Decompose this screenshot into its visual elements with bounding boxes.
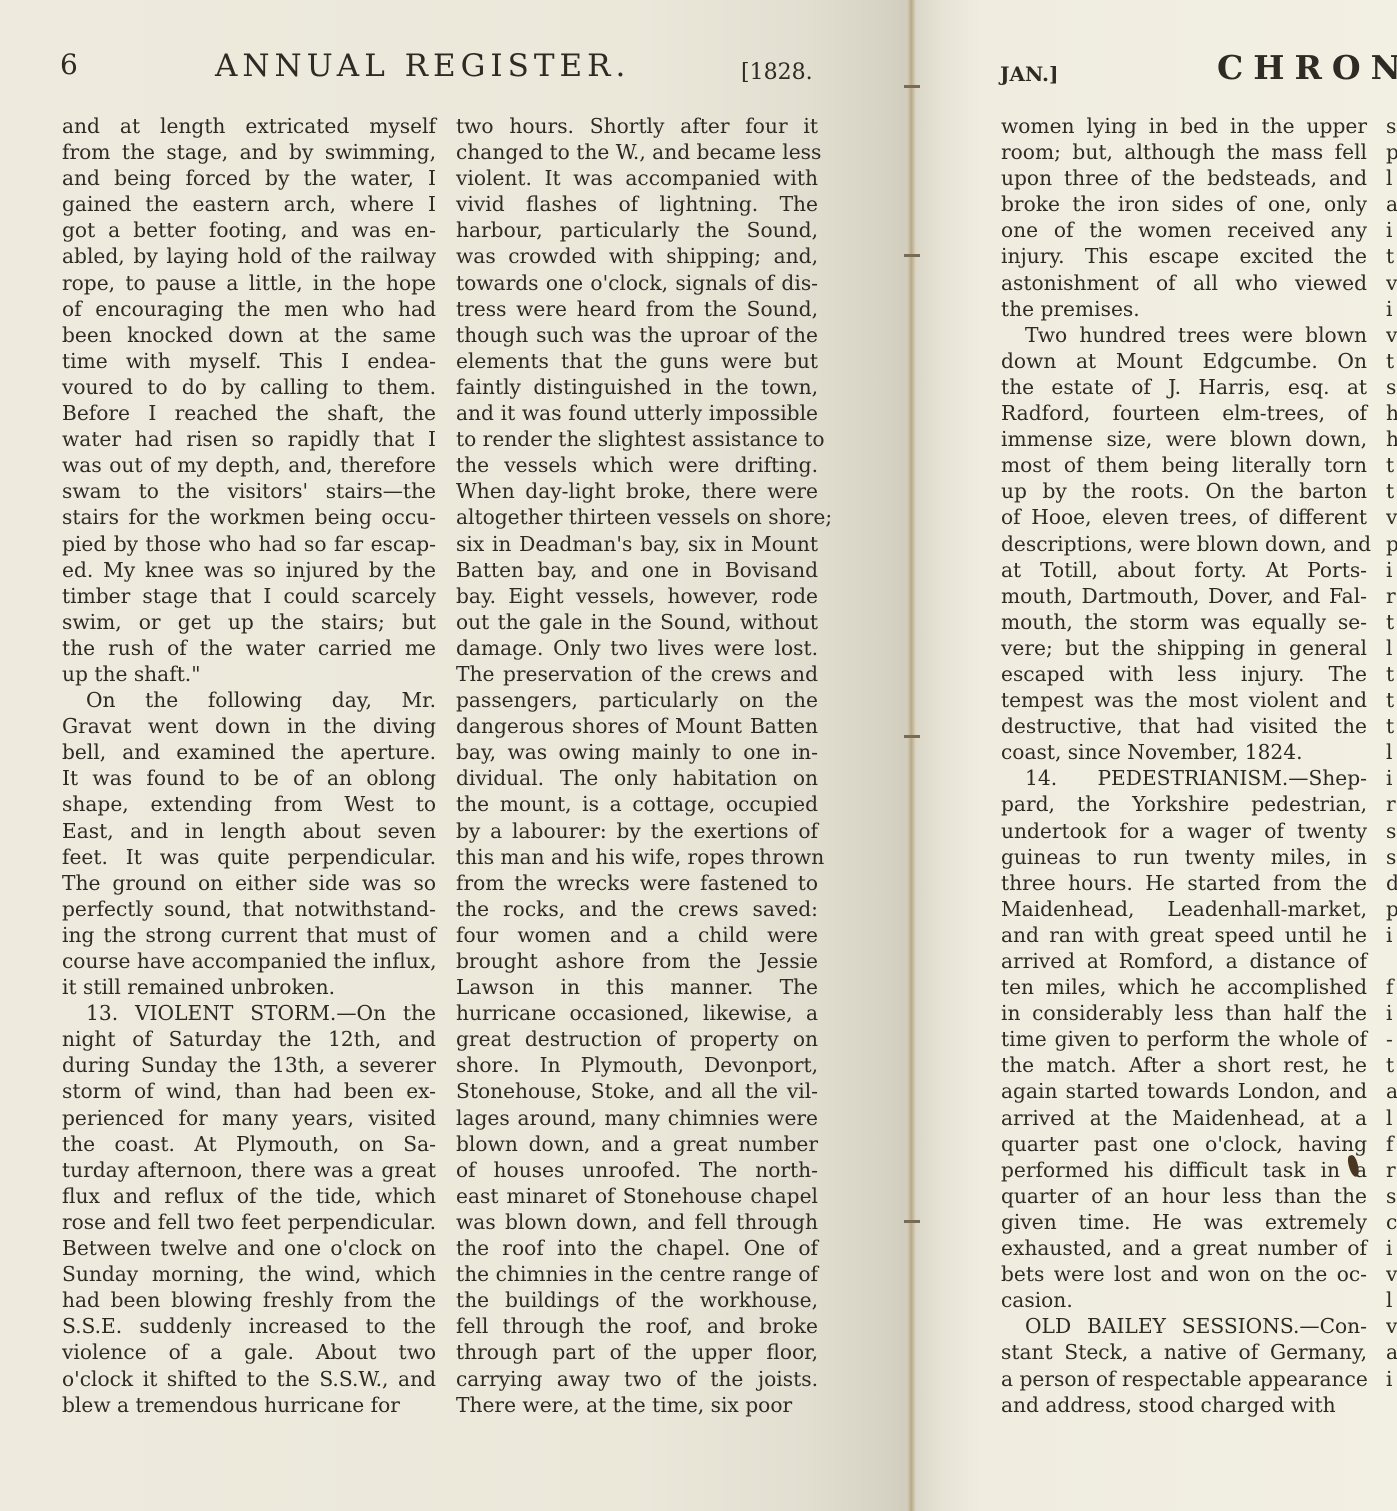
- cut-letter: r: [1386, 1157, 1397, 1183]
- text-line: of encouraging the men who had: [62, 296, 436, 322]
- running-title-left: ANNUAL REGISTER.: [215, 48, 630, 84]
- cut-letter: h: [1386, 400, 1397, 426]
- text-line: it still remained unbroken.: [62, 974, 436, 1000]
- right-column-2-cut: splaitvivtshhttvpirtltttlirssdpifi-talfr…: [1386, 113, 1397, 1418]
- text-line: the mount, is a cottage, occupied: [456, 791, 818, 817]
- text-line: time with myself. This I endea-: [62, 348, 436, 374]
- text-line: injury. This escape excited the: [1001, 243, 1367, 269]
- cut-letter: l: [1386, 1287, 1397, 1313]
- text-line: S.S.E. suddenly increased to the: [62, 1313, 436, 1339]
- text-line: time given to perform the whole of: [1001, 1026, 1367, 1052]
- text-line: passengers, particularly on the: [456, 687, 818, 713]
- cut-letter: c: [1386, 1209, 1397, 1235]
- text-line: There were, at the time, six poor: [456, 1392, 818, 1418]
- text-line: elements that the guns were but: [456, 348, 818, 374]
- text-line: and address, stood charged with: [1001, 1392, 1367, 1418]
- text-line: up the shaft.": [62, 661, 436, 687]
- text-line: vivid flashes of lightning. The: [456, 191, 818, 217]
- text-line: Sunday morning, the wind, which: [62, 1261, 436, 1287]
- cut-letter: t: [1386, 348, 1397, 374]
- text-line: by a labourer: by the exertions of: [456, 818, 818, 844]
- text-line: stant Steck, a native of Germany,: [1001, 1339, 1367, 1365]
- text-line: most of them being literally torn: [1001, 452, 1367, 478]
- text-line: one of the women received any: [1001, 217, 1367, 243]
- text-line: night of Saturday the 12th, and: [62, 1026, 436, 1052]
- cut-letter: i: [1386, 296, 1397, 322]
- text-line: mouth, the storm was equally se-: [1001, 609, 1367, 635]
- text-line: the estate of J. Harris, esq. at: [1001, 374, 1367, 400]
- cut-letter: v: [1386, 504, 1397, 530]
- cut-letter: i: [1386, 922, 1397, 948]
- text-line: to render the slightest assistance to: [456, 426, 818, 452]
- text-line: course have accompanied the influx,: [62, 948, 436, 974]
- text-line: been knocked down at the same: [62, 322, 436, 348]
- text-line: given time. He was extremely: [1001, 1209, 1367, 1235]
- binding-stitch: [904, 254, 920, 257]
- text-line: escaped with less injury. The: [1001, 661, 1367, 687]
- text-line: bets were lost and won on the oc-: [1001, 1261, 1367, 1287]
- text-line: a person of respectable appearance: [1001, 1366, 1367, 1392]
- text-line: the rush of the water carried me: [62, 635, 436, 661]
- text-line: arrived at the Maidenhead, at a: [1001, 1105, 1367, 1131]
- text-line: casion.: [1001, 1287, 1367, 1313]
- text-line: Lawson in this manner. The: [456, 974, 818, 1000]
- text-line: lages around, many chimnies were: [456, 1105, 818, 1131]
- text-line: guineas to run twenty miles, in: [1001, 844, 1367, 870]
- text-line: the buildings of the workhouse,: [456, 1287, 818, 1313]
- text-line: quarter past one o'clock, having: [1001, 1131, 1367, 1157]
- year-label: [1828.: [741, 60, 813, 85]
- cut-letter: r: [1386, 583, 1397, 609]
- text-line: out the gale in the Sound, without: [456, 609, 818, 635]
- text-line: blown down, and a great number: [456, 1131, 818, 1157]
- text-line: gained the eastern arch, where I: [62, 191, 436, 217]
- cut-letter: s: [1386, 1183, 1397, 1209]
- text-line: descriptions, were blown down, and: [1001, 531, 1367, 557]
- text-line: swam to the visitors' stairs—the: [62, 478, 436, 504]
- text-line: voured to do by calling to them.: [62, 374, 436, 400]
- binding-stitch: [904, 1220, 920, 1223]
- page-number: 6: [60, 48, 78, 81]
- text-line: and being forced by the water, I: [62, 165, 436, 191]
- cut-letter: p: [1386, 139, 1397, 165]
- text-line: of houses unroofed. The north-: [456, 1157, 818, 1183]
- cut-letter: p: [1386, 896, 1397, 922]
- text-line: tempest was the most violent and: [1001, 687, 1367, 713]
- text-line: violence of a gale. About two: [62, 1339, 436, 1365]
- text-line: o'clock it shifted to the S.S.W., and: [62, 1366, 436, 1392]
- cut-letter: p: [1386, 531, 1397, 557]
- text-line: was out of my depth, and, therefore: [62, 452, 436, 478]
- text-line: Radford, fourteen elm-trees, of: [1001, 400, 1367, 426]
- cut-letter: s: [1386, 374, 1397, 400]
- text-line: Maidenhead, Leadenhall-market,: [1001, 896, 1367, 922]
- text-line: during Sunday the 13th, a severer: [62, 1052, 436, 1078]
- text-line: was blown down, and fell through: [456, 1209, 818, 1235]
- cut-letter: l: [1386, 635, 1397, 661]
- cut-letter: l: [1386, 165, 1397, 191]
- text-line: had been blowing freshly from the: [62, 1287, 436, 1313]
- text-line: destructive, that had visited the: [1001, 713, 1367, 739]
- text-line: at Totill, about forty. At Ports-: [1001, 557, 1367, 583]
- text-line: four women and a child were: [456, 922, 818, 948]
- cut-letter: l: [1386, 1105, 1397, 1131]
- cut-letter: v: [1386, 1313, 1397, 1339]
- text-line: coast, since November, 1824.: [1001, 739, 1367, 765]
- text-line: faintly distinguished in the town,: [456, 374, 818, 400]
- text-line: abled, by laying hold of the railway: [62, 243, 436, 269]
- text-line: On the following day, Mr.: [62, 687, 436, 713]
- right-column-1: women lying in bed in the upperroom; but…: [1001, 113, 1367, 1418]
- text-line: performed his difficult task in a: [1001, 1157, 1367, 1183]
- text-line: was crowded with shipping; and,: [456, 243, 818, 269]
- text-line: the coast. At Plymouth, on Sa-: [62, 1131, 436, 1157]
- text-line: east minaret of Stonehouse chapel: [456, 1183, 818, 1209]
- cut-letter: a: [1386, 1078, 1397, 1104]
- text-line: the chimnies in the centre range of: [456, 1261, 818, 1287]
- text-line: When day-light broke, there were: [456, 478, 818, 504]
- cut-letter: -: [1386, 1026, 1397, 1052]
- text-line: violent. It was accompanied with: [456, 165, 818, 191]
- text-line: ing the strong current that must of: [62, 922, 436, 948]
- text-line: turday afternoon, there was a great: [62, 1157, 436, 1183]
- cut-letter: s: [1386, 113, 1397, 139]
- text-line: perfectly sound, that notwithstand-: [62, 896, 436, 922]
- text-line: rope, to pause a little, in the hope: [62, 270, 436, 296]
- left-column-1: and at length extricated myselffrom the …: [62, 113, 436, 1418]
- text-line: and ran with great speed until he: [1001, 922, 1367, 948]
- text-line: water had risen so rapidly that I: [62, 426, 436, 452]
- text-line: the roof into the chapel. One of: [456, 1235, 818, 1261]
- text-line: two hours. Shortly after four it: [456, 113, 818, 139]
- text-line: in considerably less than half the: [1001, 1000, 1367, 1026]
- text-line: and it was found utterly impossible: [456, 400, 818, 426]
- cut-letter: a: [1386, 191, 1397, 217]
- text-line: Between twelve and one o'clock on: [62, 1235, 436, 1261]
- text-line: three hours. He started from the: [1001, 870, 1367, 896]
- text-line: towards one o'clock, signals of dis-: [456, 270, 818, 296]
- text-line: ten miles, which he accomplished: [1001, 974, 1367, 1000]
- text-line: arrived at Romford, a distance of: [1001, 948, 1367, 974]
- text-line: brought ashore from the Jessie: [456, 948, 818, 974]
- text-line: blew a tremendous hurricane for: [62, 1392, 436, 1418]
- text-line: perienced for many years, visited: [62, 1105, 436, 1131]
- text-line: mouth, Dartmouth, Dover, and Fal-: [1001, 583, 1367, 609]
- text-line: damage. Only two lives were lost.: [456, 635, 818, 661]
- cut-letter: v: [1386, 270, 1397, 296]
- text-line: changed to the W., and became less: [456, 139, 818, 165]
- text-line: six in Deadman's bay, six in Mount: [456, 531, 818, 557]
- text-line: though such was the uproar of the: [456, 322, 818, 348]
- cut-letter: t: [1386, 478, 1397, 504]
- cut-letter: t: [1386, 713, 1397, 739]
- text-line: great destruction of property on: [456, 1026, 818, 1052]
- cut-letter: [1386, 1392, 1397, 1418]
- text-line: pard, the Yorkshire pedestrian,: [1001, 791, 1367, 817]
- text-line: OLD BAILEY SESSIONS.—Con-: [1001, 1313, 1367, 1339]
- cut-letter: [1386, 948, 1397, 974]
- text-line: carrying away two of the joists.: [456, 1366, 818, 1392]
- text-line: hurricane occasioned, likewise, a: [456, 1000, 818, 1026]
- text-line: flux and reflux of the tide, which: [62, 1183, 436, 1209]
- cut-letter: f: [1386, 974, 1397, 1000]
- text-line: Before I reached the shaft, the: [62, 400, 436, 426]
- text-line: from the stage, and by swimming,: [62, 139, 436, 165]
- text-line: dangerous shores of Mount Batten: [456, 713, 818, 739]
- text-line: this man and his wife, ropes thrown: [456, 844, 818, 870]
- text-line: exhausted, and a great number of: [1001, 1235, 1367, 1261]
- cut-letter: s: [1386, 844, 1397, 870]
- text-line: dividual. The only habitation on: [456, 765, 818, 791]
- text-line: and at length extricated myself: [62, 113, 436, 139]
- cut-letter: v: [1386, 322, 1397, 348]
- book-gutter: [908, 0, 916, 1511]
- text-line: Gravat went down in the diving: [62, 713, 436, 739]
- text-line: 14. PEDESTRIANISM.—Shep-: [1001, 765, 1367, 791]
- cut-letter: f: [1386, 1131, 1397, 1157]
- text-line: women lying in bed in the upper: [1001, 113, 1367, 139]
- text-line: vere; but the shipping in general: [1001, 635, 1367, 661]
- text-line: storm of wind, than had been ex-: [62, 1078, 436, 1104]
- text-line: shore. In Plymouth, Devonport,: [456, 1052, 818, 1078]
- cut-letter: v: [1386, 1261, 1397, 1287]
- cut-letter: t: [1386, 609, 1397, 635]
- text-line: bell, and examined the aperture.: [62, 739, 436, 765]
- text-line: Stonehouse, Stoke, and all the vil-: [456, 1078, 818, 1104]
- cut-letter: d: [1386, 870, 1397, 896]
- cut-letter: i: [1386, 557, 1397, 583]
- cut-letter: i: [1386, 1000, 1397, 1026]
- text-line: down at Mount Edgcumbe. On: [1001, 348, 1367, 374]
- text-line: shape, extending from West to: [62, 791, 436, 817]
- cut-letter: s: [1386, 818, 1397, 844]
- text-line: 13. VIOLENT STORM.—On the: [62, 1000, 436, 1026]
- running-title-right: CHRON: [1217, 48, 1397, 87]
- text-line: The preservation of the crews and: [456, 661, 818, 687]
- cut-letter: r: [1386, 791, 1397, 817]
- text-line: fell through the roof, and broke: [456, 1313, 818, 1339]
- cut-letter: i: [1386, 1235, 1397, 1261]
- text-line: harbour, particularly the Sound,: [456, 217, 818, 243]
- binding-stitch: [904, 735, 920, 738]
- binding-stitch: [904, 85, 920, 88]
- cut-letter: a: [1386, 1339, 1397, 1365]
- text-line: rose and fell two feet perpendicular.: [62, 1209, 436, 1235]
- text-line: The ground on either side was so: [62, 870, 436, 896]
- text-line: the vessels which were drifting.: [456, 452, 818, 478]
- text-line: stairs for the workmen being occu-: [62, 504, 436, 530]
- text-line: the premises.: [1001, 296, 1367, 322]
- text-line: again started towards London, and: [1001, 1078, 1367, 1104]
- text-line: pied by those who had so far escap-: [62, 531, 436, 557]
- text-line: tress were heard from the Sound,: [456, 296, 818, 322]
- text-line: up by the roots. On the barton: [1001, 478, 1367, 504]
- text-line: It was found to be of an oblong: [62, 765, 436, 791]
- cut-letter: h: [1386, 426, 1397, 452]
- text-line: quarter of an hour less than the: [1001, 1183, 1367, 1209]
- left-column-2: two hours. Shortly after four itchanged …: [456, 113, 818, 1418]
- text-line: through part of the upper floor,: [456, 1339, 818, 1365]
- text-line: from the wrecks were fastened to: [456, 870, 818, 896]
- cut-letter: i: [1386, 1366, 1397, 1392]
- text-line: timber stage that I could scarcely: [62, 583, 436, 609]
- text-line: broke the iron sides of one, only: [1001, 191, 1367, 217]
- cut-letter: i: [1386, 765, 1397, 791]
- text-line: Batten bay, and one in Bovisand: [456, 557, 818, 583]
- text-line: feet. It was quite perpendicular.: [62, 844, 436, 870]
- text-line: got a better footing, and was en-: [62, 217, 436, 243]
- text-line: the rocks, and the crews saved:: [456, 896, 818, 922]
- text-line: upon three of the bedsteads, and: [1001, 165, 1367, 191]
- text-line: bay. Eight vessels, however, rode: [456, 583, 818, 609]
- text-line: swim, or get up the stairs; but: [62, 609, 436, 635]
- text-line: undertook for a wager of twenty: [1001, 818, 1367, 844]
- text-line: Two hundred trees were blown: [1001, 322, 1367, 348]
- text-line: immense size, were blown down,: [1001, 426, 1367, 452]
- cut-letter: t: [1386, 1052, 1397, 1078]
- cut-letter: t: [1386, 452, 1397, 478]
- text-line: altogether thirteen vessels on shore;: [456, 504, 818, 530]
- cut-letter: t: [1386, 687, 1397, 713]
- text-line: bay, was owing mainly to one in-: [456, 739, 818, 765]
- text-line: of Hooe, eleven trees, of different: [1001, 504, 1367, 530]
- cut-letter: t: [1386, 243, 1397, 269]
- text-line: room; but, although the mass fell: [1001, 139, 1367, 165]
- cut-letter: t: [1386, 661, 1397, 687]
- text-line: the match. After a short rest, he: [1001, 1052, 1367, 1078]
- cut-letter: l: [1386, 739, 1397, 765]
- text-line: East, and in length about seven: [62, 818, 436, 844]
- cut-letter: i: [1386, 217, 1397, 243]
- text-line: ed. My knee was so injured by the: [62, 557, 436, 583]
- month-label: JAN.]: [1000, 62, 1058, 86]
- text-line: astonishment of all who viewed: [1001, 270, 1367, 296]
